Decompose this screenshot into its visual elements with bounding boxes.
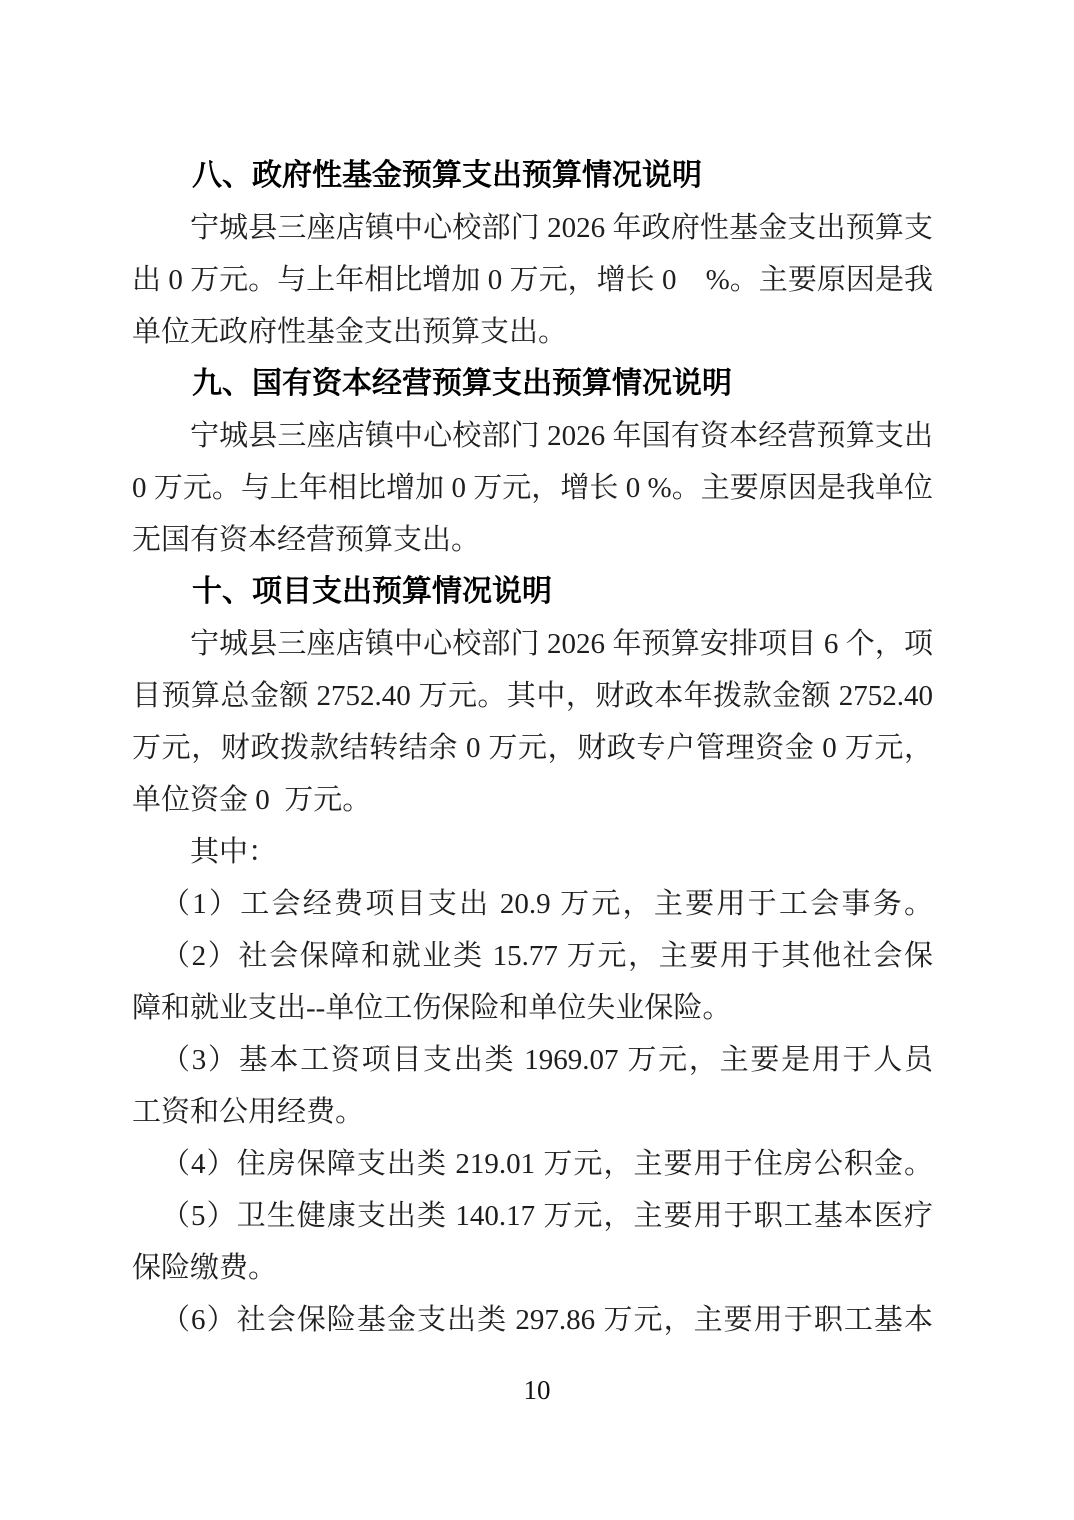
item-1-line: （1）工会经费项目支出 20.9 万元，主要用于工会事务。 [132, 878, 933, 930]
paragraph-line: 0 万元。与上年相比增加 0 万元，增长 0 %。主要原因是我单位 [132, 462, 933, 514]
paragraph-line: 宁城县三座店镇中心校部门 2026 年政府性基金支出预算支 [132, 202, 933, 254]
paragraph-line: 无国有资本经营预算支出。 [132, 514, 933, 566]
paragraph-line: 单位无政府性基金支出预算支出。 [132, 306, 933, 358]
paragraph-line: 宁城县三座店镇中心校部门 2026 年预算安排项目 6 个，项 [132, 618, 933, 670]
item-5-line: 保险缴费。 [132, 1242, 933, 1294]
paragraph-line: 目预算总金额 2752.40 万元。其中，财政本年拨款金额 2752.40 [132, 670, 933, 722]
page-number: 10 [0, 1370, 1074, 1410]
among-label: 其中： [132, 826, 933, 878]
page-content: 八、政府性基金预算支出预算情况说明 宁城县三座店镇中心校部门 2026 年政府性… [132, 150, 933, 1346]
item-2-line: （2）社会保障和就业类 15.77 万元，主要用于其他社会保 [132, 930, 933, 982]
paragraph-line: 出 0 万元。与上年相比增加 0 万元，增长 0 %。主要原因是我 [132, 254, 933, 306]
item-4-line: （4）住房保障支出类 219.01 万元，主要用于住房公积金。 [132, 1138, 933, 1190]
item-3-line: 工资和公用经费。 [132, 1086, 933, 1138]
paragraph-line: 万元，财政拨款结转结余 0 万元，财政专户管理资金 0 万元， [132, 722, 933, 774]
paragraph-line: 宁城县三座店镇中心校部门 2026 年国有资本经营预算支出 [132, 410, 933, 462]
section-9-heading: 九、国有资本经营预算支出预算情况说明 [132, 358, 933, 410]
item-6-line: （6）社会保险基金支出类 297.86 万元，主要用于职工基本 [132, 1294, 933, 1346]
paragraph-line: 单位资金 0 万元。 [132, 774, 933, 826]
item-3-line: （3）基本工资项目支出类 1969.07 万元，主要是用于人员 [132, 1034, 933, 1086]
section-10-heading: 十、项目支出预算情况说明 [132, 566, 933, 618]
document-page: 八、政府性基金预算支出预算情况说明 宁城县三座店镇中心校部门 2026 年政府性… [0, 0, 1074, 1520]
item-2-line: 障和就业支出--单位工伤保险和单位失业保险。 [132, 982, 933, 1034]
item-5-line: （5）卫生健康支出类 140.17 万元，主要用于职工基本医疗 [132, 1190, 933, 1242]
section-8-heading: 八、政府性基金预算支出预算情况说明 [132, 150, 933, 202]
